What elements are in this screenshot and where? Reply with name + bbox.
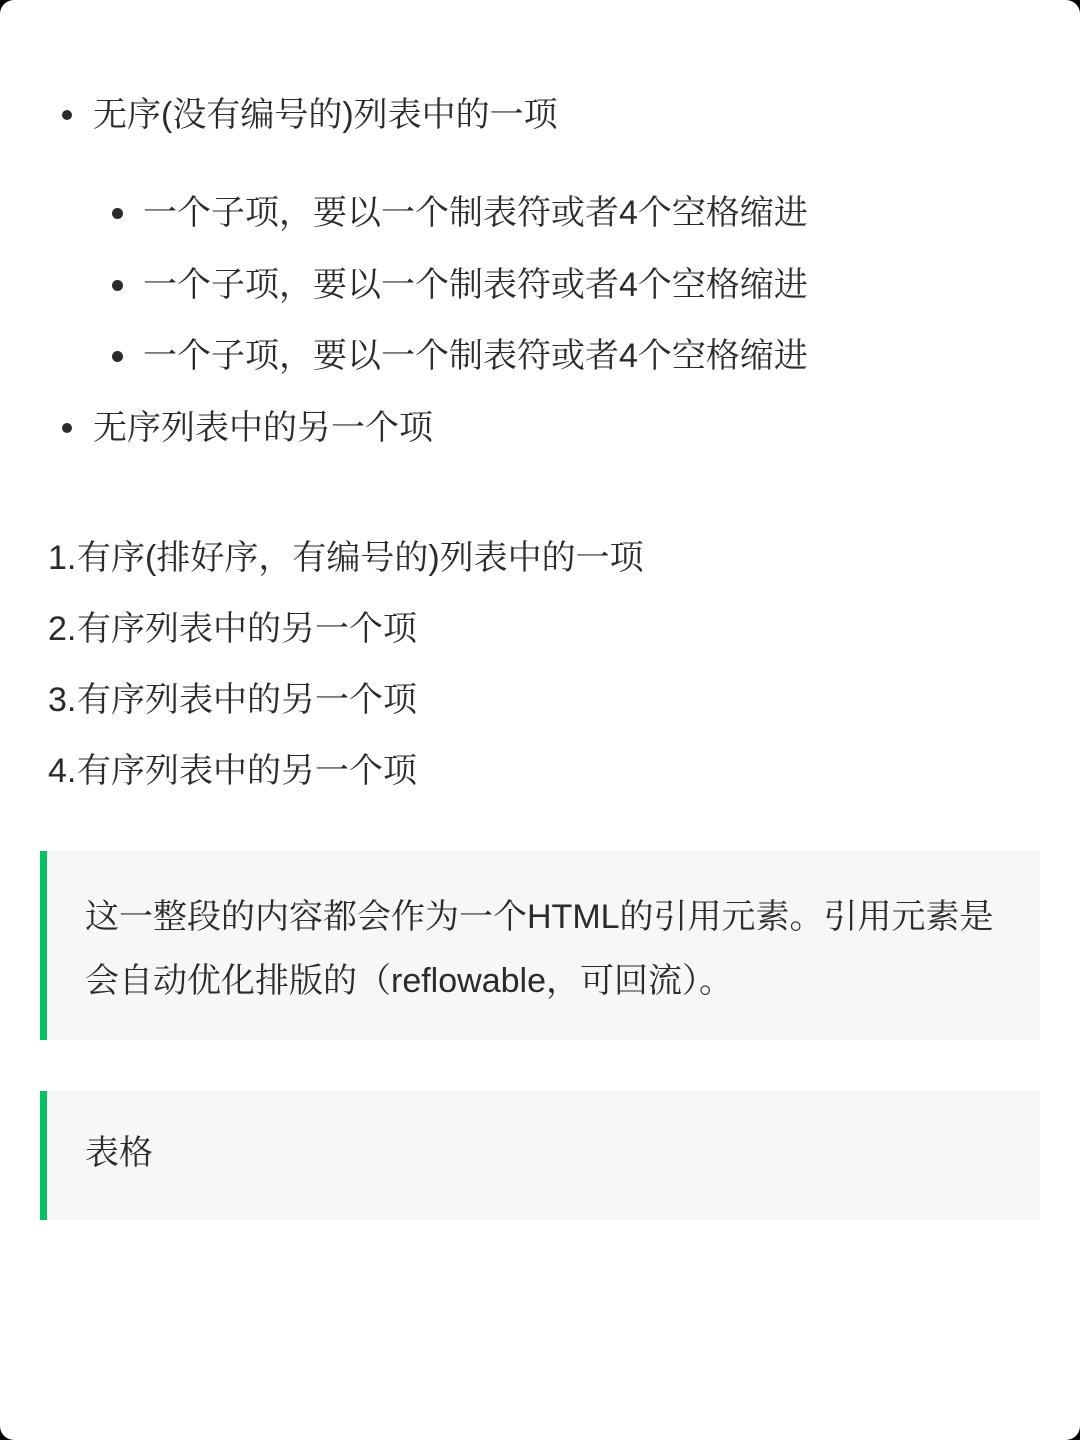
- bullet-icon: [62, 423, 72, 433]
- bullet-icon: [62, 110, 72, 120]
- blockquote: 这一整段的内容都会作为一个HTML的引用元素。引用元素是会自动优化排版的（ref…: [40, 851, 1040, 1040]
- list-item-label: 有序列表中的另一个项: [77, 678, 1040, 722]
- bullet-icon: [112, 208, 123, 219]
- blockquote-text: 表格: [85, 1131, 1000, 1175]
- ordered-list-item: 4. 有序列表中的另一个项: [40, 749, 1040, 793]
- blockquote-text: 这一整段的内容都会作为一个HTML的引用元素。引用元素是会自动优化排版的（ref…: [85, 885, 1000, 1013]
- ordered-list-item: 3. 有序列表中的另一个项: [40, 678, 1040, 722]
- list-item-label: 有序列表中的另一个项: [77, 749, 1040, 793]
- list-item-label: 有序(排好序，有编号的)列表中的一项: [77, 536, 1040, 580]
- blockquote: 表格: [40, 1091, 1040, 1220]
- unordered-sub-list-item: 一个子项，要以一个制表符或者4个空格缩进: [40, 263, 1040, 307]
- unordered-list-item: 无序列表中的另一个项: [40, 406, 1040, 450]
- unordered-sub-list-item: 一个子项，要以一个制表符或者4个空格缩进: [40, 334, 1040, 378]
- list-item-number: 3.: [48, 678, 77, 722]
- list-item-label: 一个子项，要以一个制表符或者4个空格缩进: [143, 263, 1040, 307]
- list-item-label: 有序列表中的另一个项: [77, 607, 1040, 651]
- list-item-number: 2.: [48, 607, 77, 651]
- bullet-icon: [112, 280, 123, 291]
- document-page: 无序(没有编号的)列表中的一项 一个子项，要以一个制表符或者4个空格缩进 一个子…: [0, 0, 1080, 1440]
- unordered-sub-list-item: 一个子项，要以一个制表符或者4个空格缩进: [40, 191, 1040, 235]
- ordered-list-item: 2. 有序列表中的另一个项: [40, 607, 1040, 651]
- document-content: 无序(没有编号的)列表中的一项 一个子项，要以一个制表符或者4个空格缩进 一个子…: [0, 93, 1080, 1220]
- unordered-list-item: 无序(没有编号的)列表中的一项: [40, 93, 1040, 137]
- list-item-number: 1.: [48, 536, 77, 580]
- bullet-icon: [112, 351, 123, 362]
- list-item-label: 一个子项，要以一个制表符或者4个空格缩进: [143, 191, 1040, 235]
- list-item-label: 无序(没有编号的)列表中的一项: [93, 93, 1040, 137]
- ordered-list-item: 1. 有序(排好序，有编号的)列表中的一项: [40, 536, 1040, 580]
- list-item-label: 无序列表中的另一个项: [93, 406, 1040, 450]
- list-item-number: 4.: [48, 749, 77, 793]
- list-item-label: 一个子项，要以一个制表符或者4个空格缩进: [143, 334, 1040, 378]
